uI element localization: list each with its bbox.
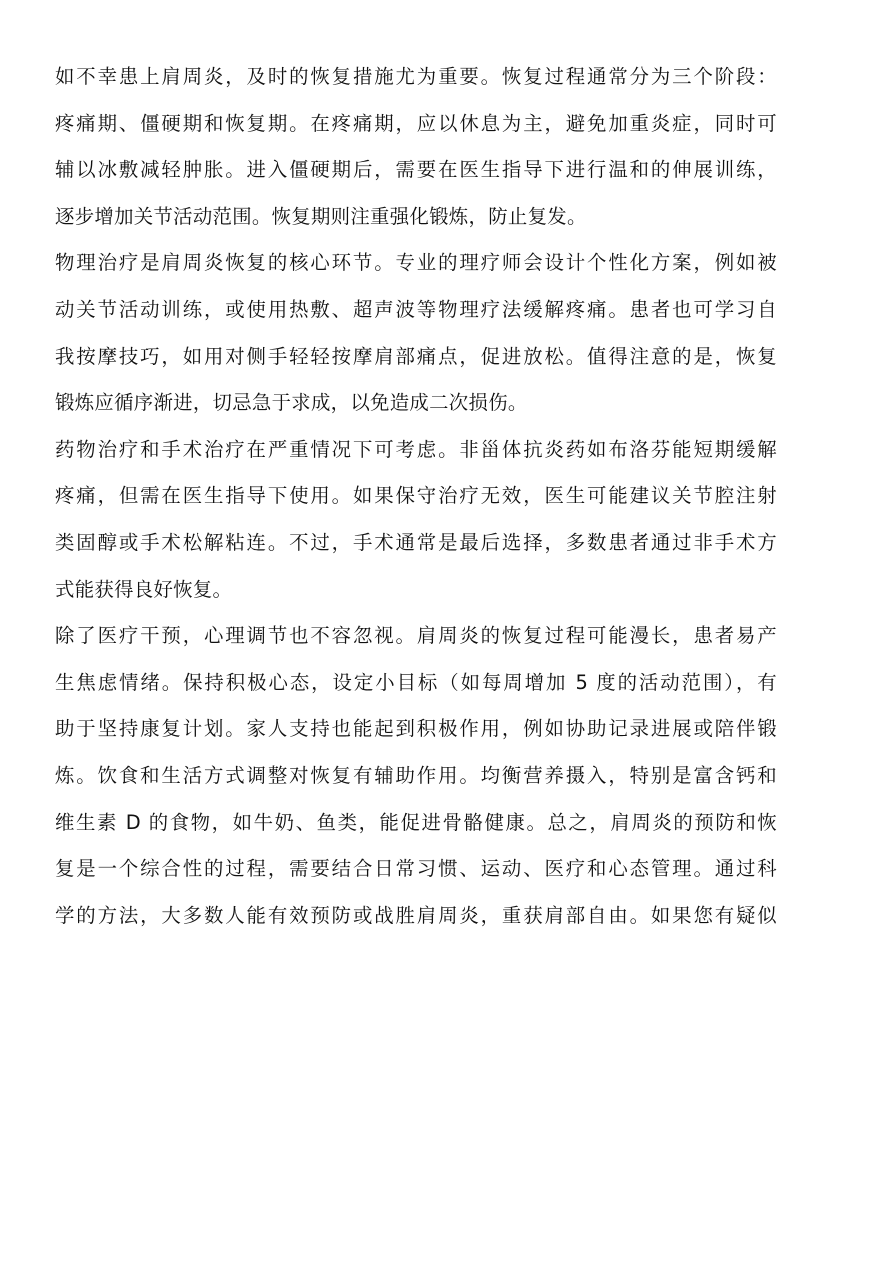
text-line: 物理治疗是肩周炎恢复的核心环节。专业的理疗师会设计个性化方案，例如被 — [55, 240, 777, 287]
text-line: 除了医疗干预，心理调节也不容忽视。肩周炎的恢复过程可能漫长，患者易产 — [55, 613, 777, 660]
text-line: 疼痛，但需在医生指导下使用。如果保守治疗无效，医生可能建议关节腔注射 — [55, 473, 777, 520]
text-line: 辅以冰敷减轻肿胀。进入僵硬期后，需要在医生指导下进行温和的伸展训练， — [55, 147, 777, 194]
document-page: 如不幸患上肩周炎，及时的恢复措施尤为重要。恢复过程通常分为三个阶段： 疼痛期、僵… — [55, 54, 777, 939]
text-line: 学的方法，大多数人能有效预防或战胜肩周炎，重获肩部自由。如果您有疑似 — [55, 893, 777, 940]
text-line: 类固醇或手术松解粘连。不过，手术通常是最后选择，多数患者通过非手术方 — [55, 520, 777, 567]
paragraph-recovery-stages: 如不幸患上肩周炎，及时的恢复措施尤为重要。恢复过程通常分为三个阶段： 疼痛期、僵… — [55, 54, 777, 240]
text-line: 生焦虑情绪。保持积极心态，设定小目标（如每周增加 5 度的活动范围），有 — [55, 660, 777, 707]
text-line: 药物治疗和手术治疗在严重情况下可考虑。非甾体抗炎药如布洛芬能短期缓解 — [55, 427, 777, 474]
paragraph-medication-surgery: 药物治疗和手术治疗在严重情况下可考虑。非甾体抗炎药如布洛芬能短期缓解 疼痛，但需… — [55, 427, 777, 613]
paragraph-physical-therapy: 物理治疗是肩周炎恢复的核心环节。专业的理疗师会设计个性化方案，例如被 动关节活动… — [55, 240, 777, 426]
text-line: 复是一个综合性的过程，需要结合日常习惯、运动、医疗和心态管理。通过科 — [55, 846, 777, 893]
text-line: 维生素 D 的食物，如牛奶、鱼类，能促进骨骼健康。总之，肩周炎的预防和恢 — [55, 800, 777, 847]
text-line: 我按摩技巧，如用对侧手轻轻按摩肩部痛点，促进放松。值得注意的是，恢复 — [55, 334, 777, 381]
paragraph-psychological-adjustment: 除了医疗干预，心理调节也不容忽视。肩周炎的恢复过程可能漫长，患者易产 生焦虑情绪… — [55, 613, 777, 939]
text-line: 炼。饮食和生活方式调整对恢复有辅助作用。均衡营养摄入，特别是富含钙和 — [55, 753, 777, 800]
text-line: 动关节活动训练，或使用热敷、超声波等物理疗法缓解疼痛。患者也可学习自 — [55, 287, 777, 334]
text-line: 疼痛期、僵硬期和恢复期。在疼痛期，应以休息为主，避免加重炎症，同时可 — [55, 101, 777, 148]
text-line: 如不幸患上肩周炎，及时的恢复措施尤为重要。恢复过程通常分为三个阶段： — [55, 54, 777, 101]
text-line: 逐步增加关节活动范围。恢复期则注重强化锻炼，防止复发。 — [55, 194, 777, 241]
text-line: 式能获得良好恢复。 — [55, 567, 777, 614]
text-line: 锻炼应循序渐进，切忌急于求成，以免造成二次损伤。 — [55, 380, 777, 427]
text-line: 助于坚持康复计划。家人支持也能起到积极作用，例如协助记录进展或陪伴锻 — [55, 706, 777, 753]
